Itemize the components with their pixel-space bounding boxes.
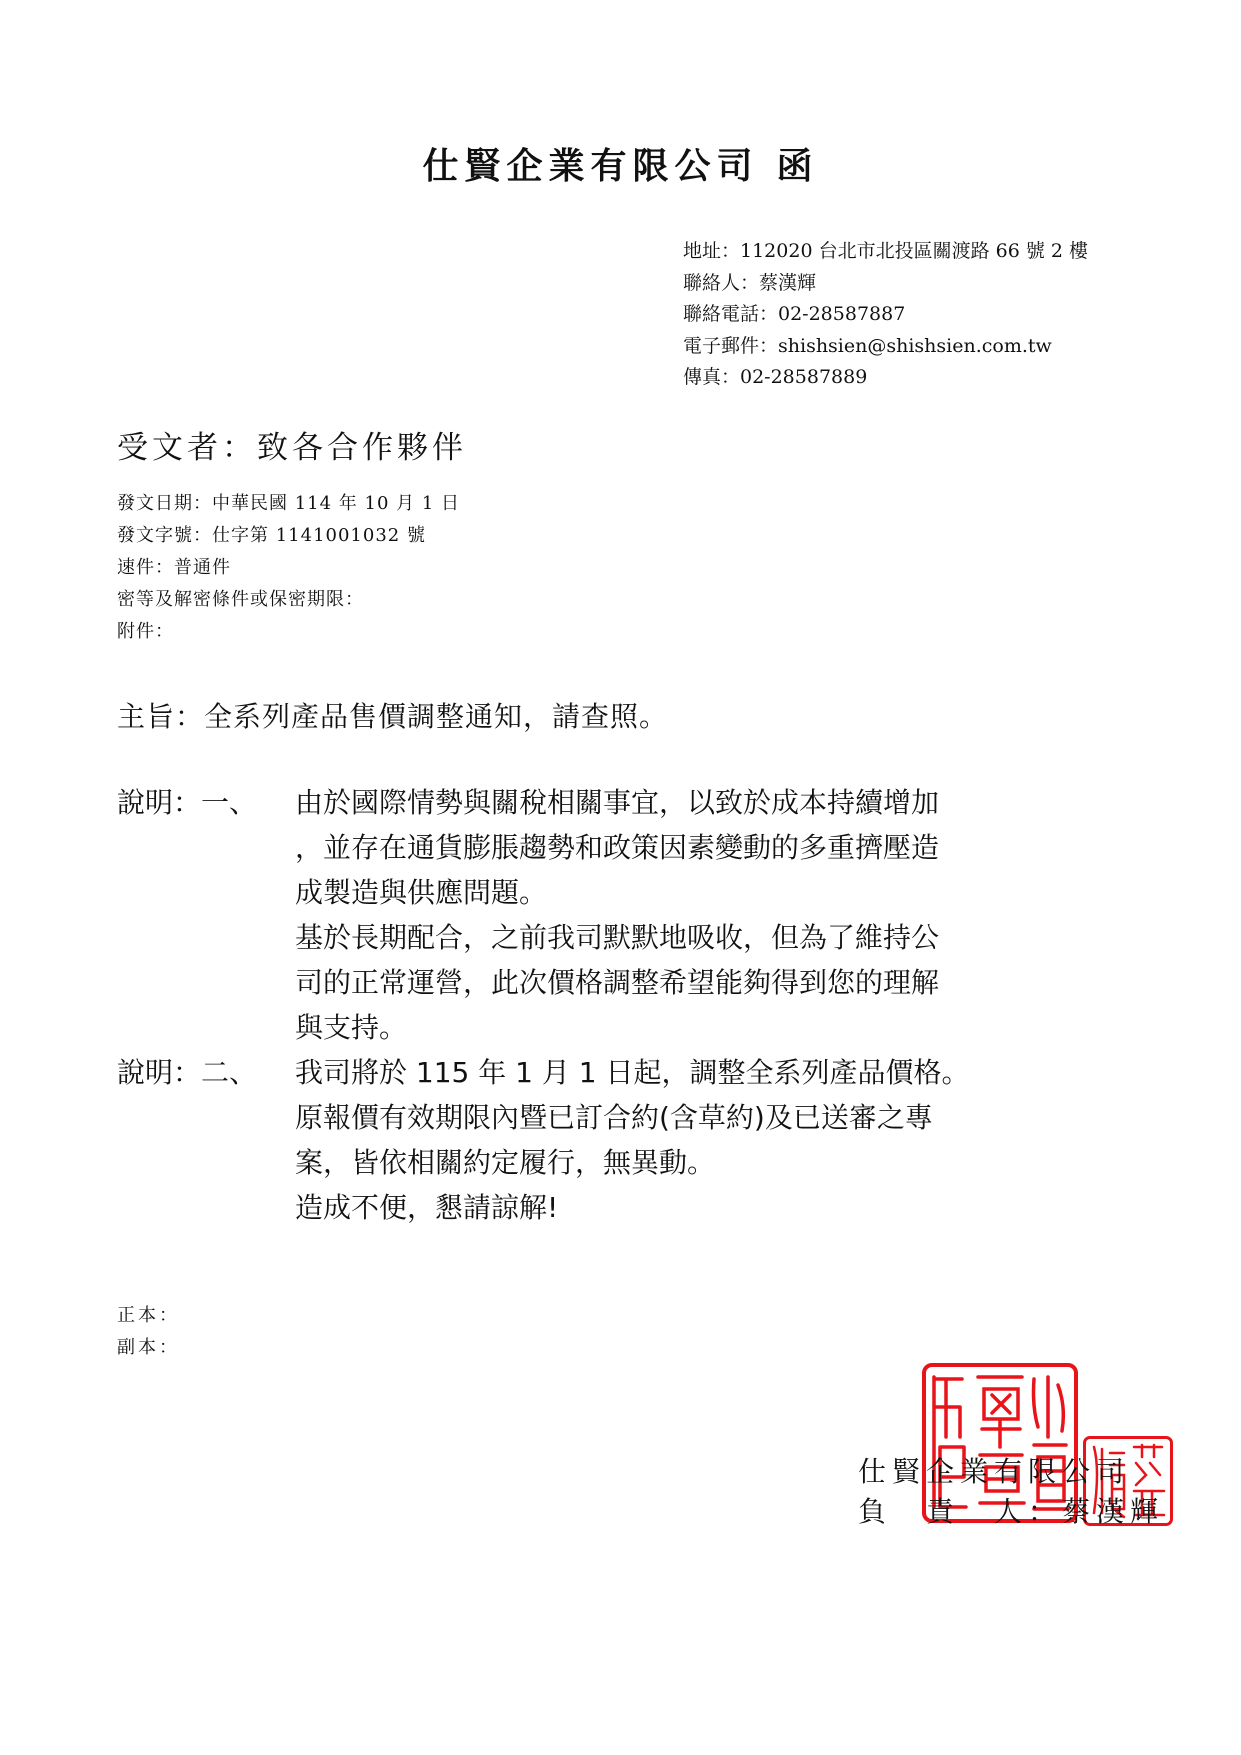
explanation-line: 原報價有效期限內暨已訂合約(含草約)及已送審之專 [295, 1095, 969, 1140]
document-number: 發文字號：仕字第 1141001032 號 [117, 520, 460, 552]
subject-line: 主旨：全系列產品售價調整通知，請查照。 [117, 695, 668, 735]
distribution-block: 正本： 副本： [117, 1300, 180, 1364]
urgency: 速件：普通件 [117, 552, 460, 584]
explanation-line: 由於國際情勢與關稅相關事宜，以致於成本持續增加 [295, 780, 969, 825]
company-name-title: 仕賢企業有限公司 [422, 145, 758, 187]
signature-representative: 負 責 人：蔡漢輝 [858, 1492, 1164, 1532]
document-meta-block: 發文日期：中華民國 114 年 10 月 1 日 發文字號：仕字第 114100… [117, 488, 460, 648]
explanation-line: ，並存在通貨膨脹趨勢和政策因素變動的多重擠壓造 [295, 825, 969, 870]
attachments: 附件： [117, 616, 460, 648]
explanation-line: 司的正常運營，此次價格調整希望能夠得到您的理解 [295, 960, 969, 1005]
explanation-section: 說明：一、 由於國際情勢與關稅相關事宜，以致於成本持續增加 ，並存在通貨膨脹趨勢… [117, 780, 969, 1230]
confidentiality: 密等及解密條件或保密期限： [117, 584, 460, 616]
duplicate-copy-recipients: 副本： [117, 1332, 180, 1364]
explanation-line: 案，皆依相關約定履行，無異動。 [295, 1140, 969, 1185]
original-copy-recipients: 正本： [117, 1300, 180, 1332]
contact-person-line: 聯絡人：蔡漢輝 [683, 268, 1088, 300]
letter-title: 仕賢企業有限公司函 [0, 138, 1241, 189]
signature-block: 仕賢企業有限公司 負 責 人：蔡漢輝 [858, 1452, 1164, 1532]
issue-date: 發文日期：中華民國 114 年 10 月 1 日 [117, 488, 460, 520]
explanation-item-2: 說明：二、 我司將於 115 年 1 月 1 日起，調整全系列產品價格。 原報價… [117, 1050, 969, 1230]
explanation-line: 基於長期配合，之前我司默默地吸收，但為了維持公 [295, 915, 969, 960]
sender-contact-block: 地址：112020 台北市北投區關渡路 66 號 2 樓 聯絡人：蔡漢輝 聯絡電… [683, 236, 1088, 394]
letter-type: 函 [777, 145, 819, 187]
signature-company: 仕賢企業有限公司 [858, 1452, 1164, 1492]
explanation-item-1: 說明：一、 由於國際情勢與關稅相關事宜，以致於成本持續增加 ，並存在通貨膨脹趨勢… [117, 780, 969, 1050]
explanation-line: 成製造與供應問題。 [295, 870, 969, 915]
explanation-label: 說明：二、 [117, 1050, 257, 1095]
address-line: 地址：112020 台北市北投區關渡路 66 號 2 樓 [683, 236, 1088, 268]
recipient-line: 受文者：致各合作夥伴 [117, 422, 467, 467]
explanation-label: 說明：一、 [117, 780, 257, 825]
explanation-line: 造成不便，懇請諒解! [295, 1185, 969, 1230]
explanation-line: 與支持。 [295, 1005, 969, 1050]
email-line: 電子郵件：shishsien@shishsien.com.tw [683, 331, 1088, 363]
phone-line: 聯絡電話：02-28587887 [683, 299, 1088, 331]
explanation-line: 我司將於 115 年 1 月 1 日起，調整全系列產品價格。 [295, 1050, 969, 1095]
fax-line: 傳真：02-28587889 [683, 362, 1088, 394]
